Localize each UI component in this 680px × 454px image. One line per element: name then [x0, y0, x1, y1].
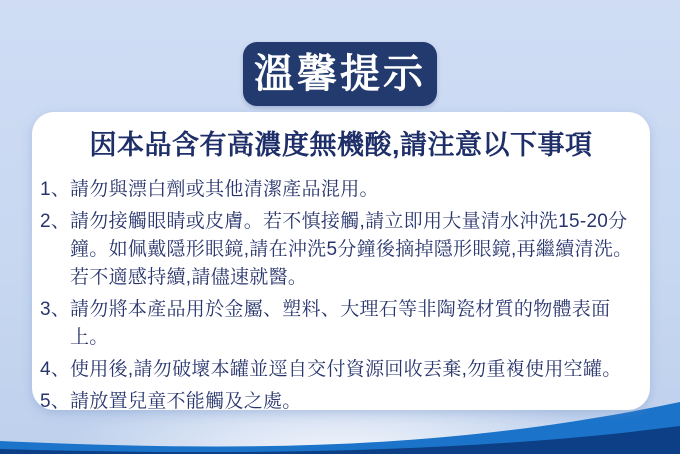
notice-item-2-number: 2、	[40, 208, 70, 236]
notice-item-4-text: 使用後,請勿破壞本罐並逕自交付資源回收丟棄,勿重複使用空罐。	[70, 356, 642, 384]
notice-item-1-number: 1、	[40, 176, 70, 204]
notice-title: 因本品含有高濃度無機酸,請注意以下事項	[40, 128, 642, 162]
notice-item-3-number: 3、	[40, 296, 70, 324]
notice-item-2: 2、 請勿接觸眼睛或皮膚。若不慎接觸,請立即用大量清水沖洗15-20分鐘。如佩戴…	[40, 208, 642, 292]
notice-item-3: 3、 請勿將本產品用於金屬、塑料、大理石等非陶瓷材質的物體表面上。	[40, 296, 642, 352]
warm-tips-badge: 溫馨提示	[243, 42, 437, 106]
notice-card: 因本品含有高濃度無機酸,請注意以下事項 1、 請勿與漂白劑或其他清潔產品混用。 …	[32, 112, 650, 410]
notice-list: 1、 請勿與漂白劑或其他清潔產品混用。 2、 請勿接觸眼睛或皮膚。若不慎接觸,請…	[40, 176, 642, 416]
notice-item-4: 4、 使用後,請勿破壞本罐並逕自交付資源回收丟棄,勿重複使用空罐。	[40, 356, 642, 384]
notice-graphic: 溫馨提示 因本品含有高濃度無機酸,請注意以下事項 1、 請勿與漂白劑或其他清潔產…	[0, 0, 680, 454]
notice-item-5: 5、 請放置兒童不能觸及之處。	[40, 388, 642, 416]
warm-tips-badge-label: 溫馨提示	[254, 54, 426, 94]
notice-item-5-number: 5、	[40, 388, 70, 416]
notice-item-1: 1、 請勿與漂白劑或其他清潔產品混用。	[40, 176, 642, 204]
notice-item-2-text: 請勿接觸眼睛或皮膚。若不慎接觸,請立即用大量清水沖洗15-20分鐘。如佩戴隱形眼…	[70, 208, 642, 292]
notice-item-5-text: 請放置兒童不能觸及之處。	[70, 388, 642, 416]
notice-item-4-number: 4、	[40, 356, 70, 384]
notice-item-3-text: 請勿將本產品用於金屬、塑料、大理石等非陶瓷材質的物體表面上。	[70, 296, 642, 352]
notice-item-1-text: 請勿與漂白劑或其他清潔產品混用。	[70, 176, 642, 204]
